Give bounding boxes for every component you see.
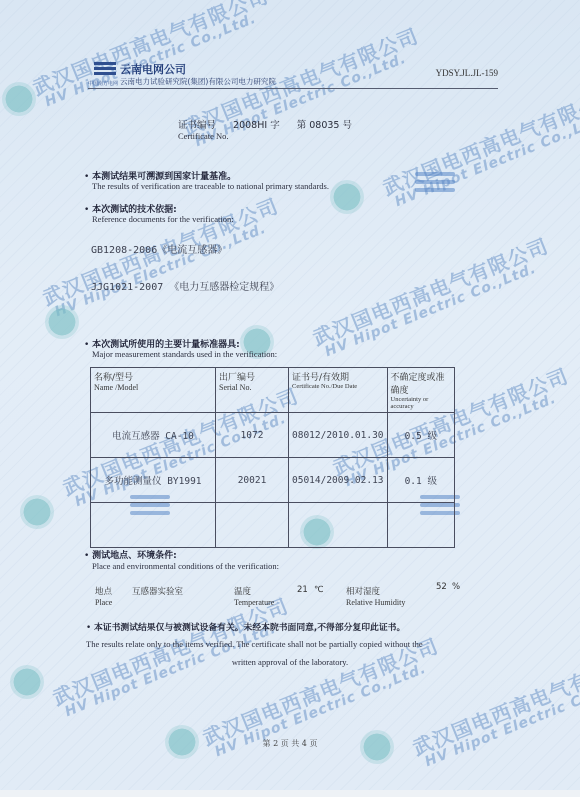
column-header: 证书号/有效期Certificate No./Due Date	[289, 368, 388, 413]
seal-icon	[330, 180, 364, 214]
seal-icon	[20, 495, 54, 529]
document-code: YDSY.JL.JL-159	[436, 68, 498, 78]
table-row: 多功能测量仪 BY1991 20021 05014/2009.02.13 0.1…	[91, 458, 455, 503]
table-header-row: 名称/型号Name /Model 出厂编号Serial No. 证书号/有效期C…	[91, 368, 455, 413]
place-label: 地点	[95, 585, 112, 597]
page-indicator: 第 2 页 共 4 页	[0, 738, 580, 749]
temperature-label-en: Temperature	[234, 598, 274, 607]
humidity-label: 相对湿度	[346, 585, 380, 597]
logo-caption: 中国南方电网	[88, 80, 118, 87]
certificate-number-value: 第 08035 号	[297, 120, 352, 131]
seal-icon	[45, 305, 79, 339]
organization-name: 云南电网公司	[120, 61, 186, 77]
certificate-label-cn: 证书编号	[178, 120, 216, 131]
copy-notice-en-line1: The results relate only to the items ver…	[86, 639, 423, 649]
copy-notice-cn: 本证书测试结果仅与被测试设备有关。未经本院书面同意,不得部分复印此证书。	[86, 620, 405, 633]
humidity-label-en: Relative Humidity	[346, 598, 405, 607]
grid-logo-watermark-icon	[415, 172, 455, 200]
environment-heading: 测试地点、环境条件:	[84, 548, 177, 561]
seal-icon	[2, 82, 36, 116]
traceability-text: The results of verification are traceabl…	[92, 181, 329, 191]
seal-icon	[10, 665, 44, 699]
reference-document: GB1208-2006《电流互感器》	[91, 241, 227, 256]
certificate-number: 证书编号 2008HI 字 第 08035 号	[178, 117, 366, 131]
environment-subheading: Place and environmental conditions of th…	[92, 561, 279, 571]
certificate-label-en: Certificate No.	[178, 131, 229, 141]
document-header: 中国南方电网 云南电网公司 云南电力试验研究院(集团)有限公司电力研究院 YDS…	[88, 62, 498, 89]
humidity-unit: %	[452, 582, 460, 592]
standards-table: 名称/型号Name /Model 出厂编号Serial No. 证书号/有效期C…	[90, 367, 455, 548]
reference-document: JJG1021-2007 《电力互感器检定规程》	[91, 278, 279, 293]
humidity-value: 52	[436, 582, 447, 592]
place-value: 互感器实验室	[132, 585, 183, 597]
temperature-label: 温度	[234, 585, 251, 597]
table-row	[91, 503, 455, 548]
column-header: 出厂编号Serial No.	[216, 368, 289, 413]
certificate-page: 武汉国电西高电气有限公司HV Hipot Electric Co.,Ltd. 武…	[0, 0, 580, 790]
column-header: 名称/型号Name /Model	[91, 368, 216, 413]
place-label-en: Place	[95, 598, 112, 607]
references-subheading: Reference documents for the verification…	[92, 214, 234, 224]
copy-notice-en-line2: written approval of the laboratory.	[0, 657, 580, 667]
temperature-unit: ℃	[314, 585, 324, 595]
standards-subheading: Major measurement standards used in the …	[92, 349, 277, 359]
table-row: 电流互感器 CA-10 1072 08012/2010.01.30 0.5 级	[91, 413, 455, 458]
certificate-year-code: 2008HI 字	[233, 120, 280, 131]
institute-name: 云南电力试验研究院(集团)有限公司电力研究院	[120, 76, 276, 87]
power-grid-logo-icon	[94, 62, 116, 78]
temperature-value: 21	[297, 585, 308, 595]
column-header: 不确定度或准确度Uncertainty or accuracy	[387, 368, 454, 413]
